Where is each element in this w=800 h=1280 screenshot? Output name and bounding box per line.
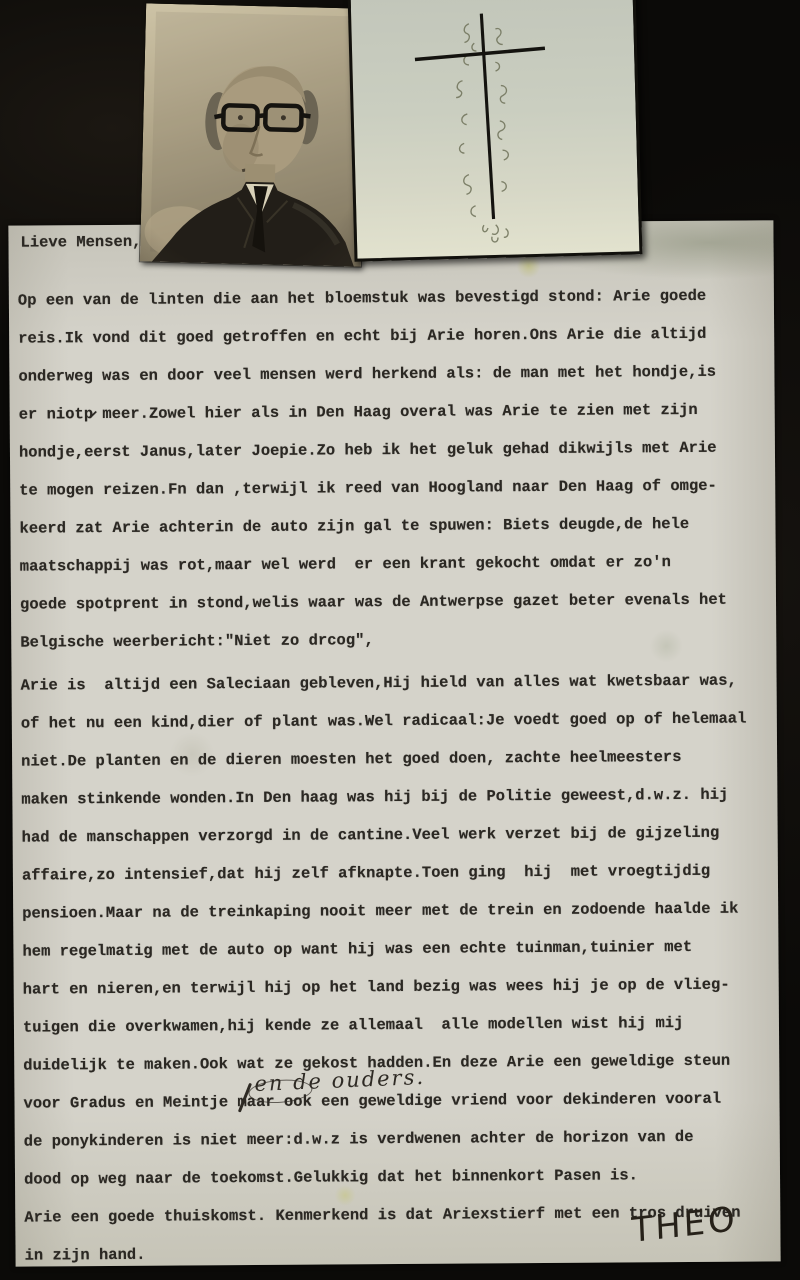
letter-line: dood op weg naar de toekomst.Gelukkig da… <box>24 1155 778 1198</box>
portrait-illustration <box>140 3 367 266</box>
portrait-photo <box>140 3 367 266</box>
letter-line: pensioen.Maar na de treinkaping nooit me… <box>22 889 776 932</box>
letter-line: goede spotprent in stond,welis waar was … <box>20 580 774 623</box>
letter-line: niet.De planten en de dieren moesten het… <box>21 737 775 780</box>
letter-line: maatschappij was rot,maar wel werd er ee… <box>20 542 774 585</box>
letter-line: Op een van de linten die aan het bloemst… <box>18 276 772 319</box>
letter-line: hart en nieren,en terwijl hij op het lan… <box>23 965 777 1008</box>
letter-line: had de manschappen verzorgd in de cantin… <box>22 813 776 856</box>
letter-line: keerd zat Arie achterin de auto zijn gal… <box>19 504 773 547</box>
letter-line: te mogen reizen.Fn dan ,terwijl ik reed … <box>19 466 773 509</box>
letter-paper: Lieve Mensen, Op een van de linten die a… <box>8 220 780 1266</box>
letter-line: hondje,eerst Janus,later Joepie.Zo heb i… <box>19 428 773 471</box>
letter-line: reis.Ik vond dit goed getroffen en echt … <box>18 314 772 357</box>
letter-line: Belgische weerbericht:"Niet zo drcog", <box>20 618 774 661</box>
scan-background: { "letter": { "salutation": "Lieve Mense… <box>0 0 800 1280</box>
letter-line: er niotp̷ meer.Zowel hier als in Den Haa… <box>19 390 773 433</box>
memorial-card <box>348 0 643 262</box>
letter-line: affaire,zo intensief,dat hij zelf afknap… <box>22 851 776 894</box>
letter-line: hem regelmatig met de auto op want hij w… <box>22 927 776 970</box>
letter-line: of het nu een kind,dier of plant was.Wel… <box>21 699 775 742</box>
memorial-cross-icon <box>351 0 640 259</box>
letter-line: tuigen die overkwamen,hij kende ze allem… <box>23 1003 777 1046</box>
letter-line: maken stinkende wonden.In Den haag was h… <box>21 775 775 818</box>
letter-line: de ponykinderen is niet meer:d.w.z is ve… <box>24 1117 778 1160</box>
letter-line: onderweg was en door veel mensen werd he… <box>18 352 772 395</box>
letter-line: Arie is altijd een Saleciaan gebleven,Hi… <box>20 661 774 704</box>
salutation: Lieve Mensen, <box>20 233 141 252</box>
letter-body: Op een van de linten die aan het bloemst… <box>18 276 779 1266</box>
